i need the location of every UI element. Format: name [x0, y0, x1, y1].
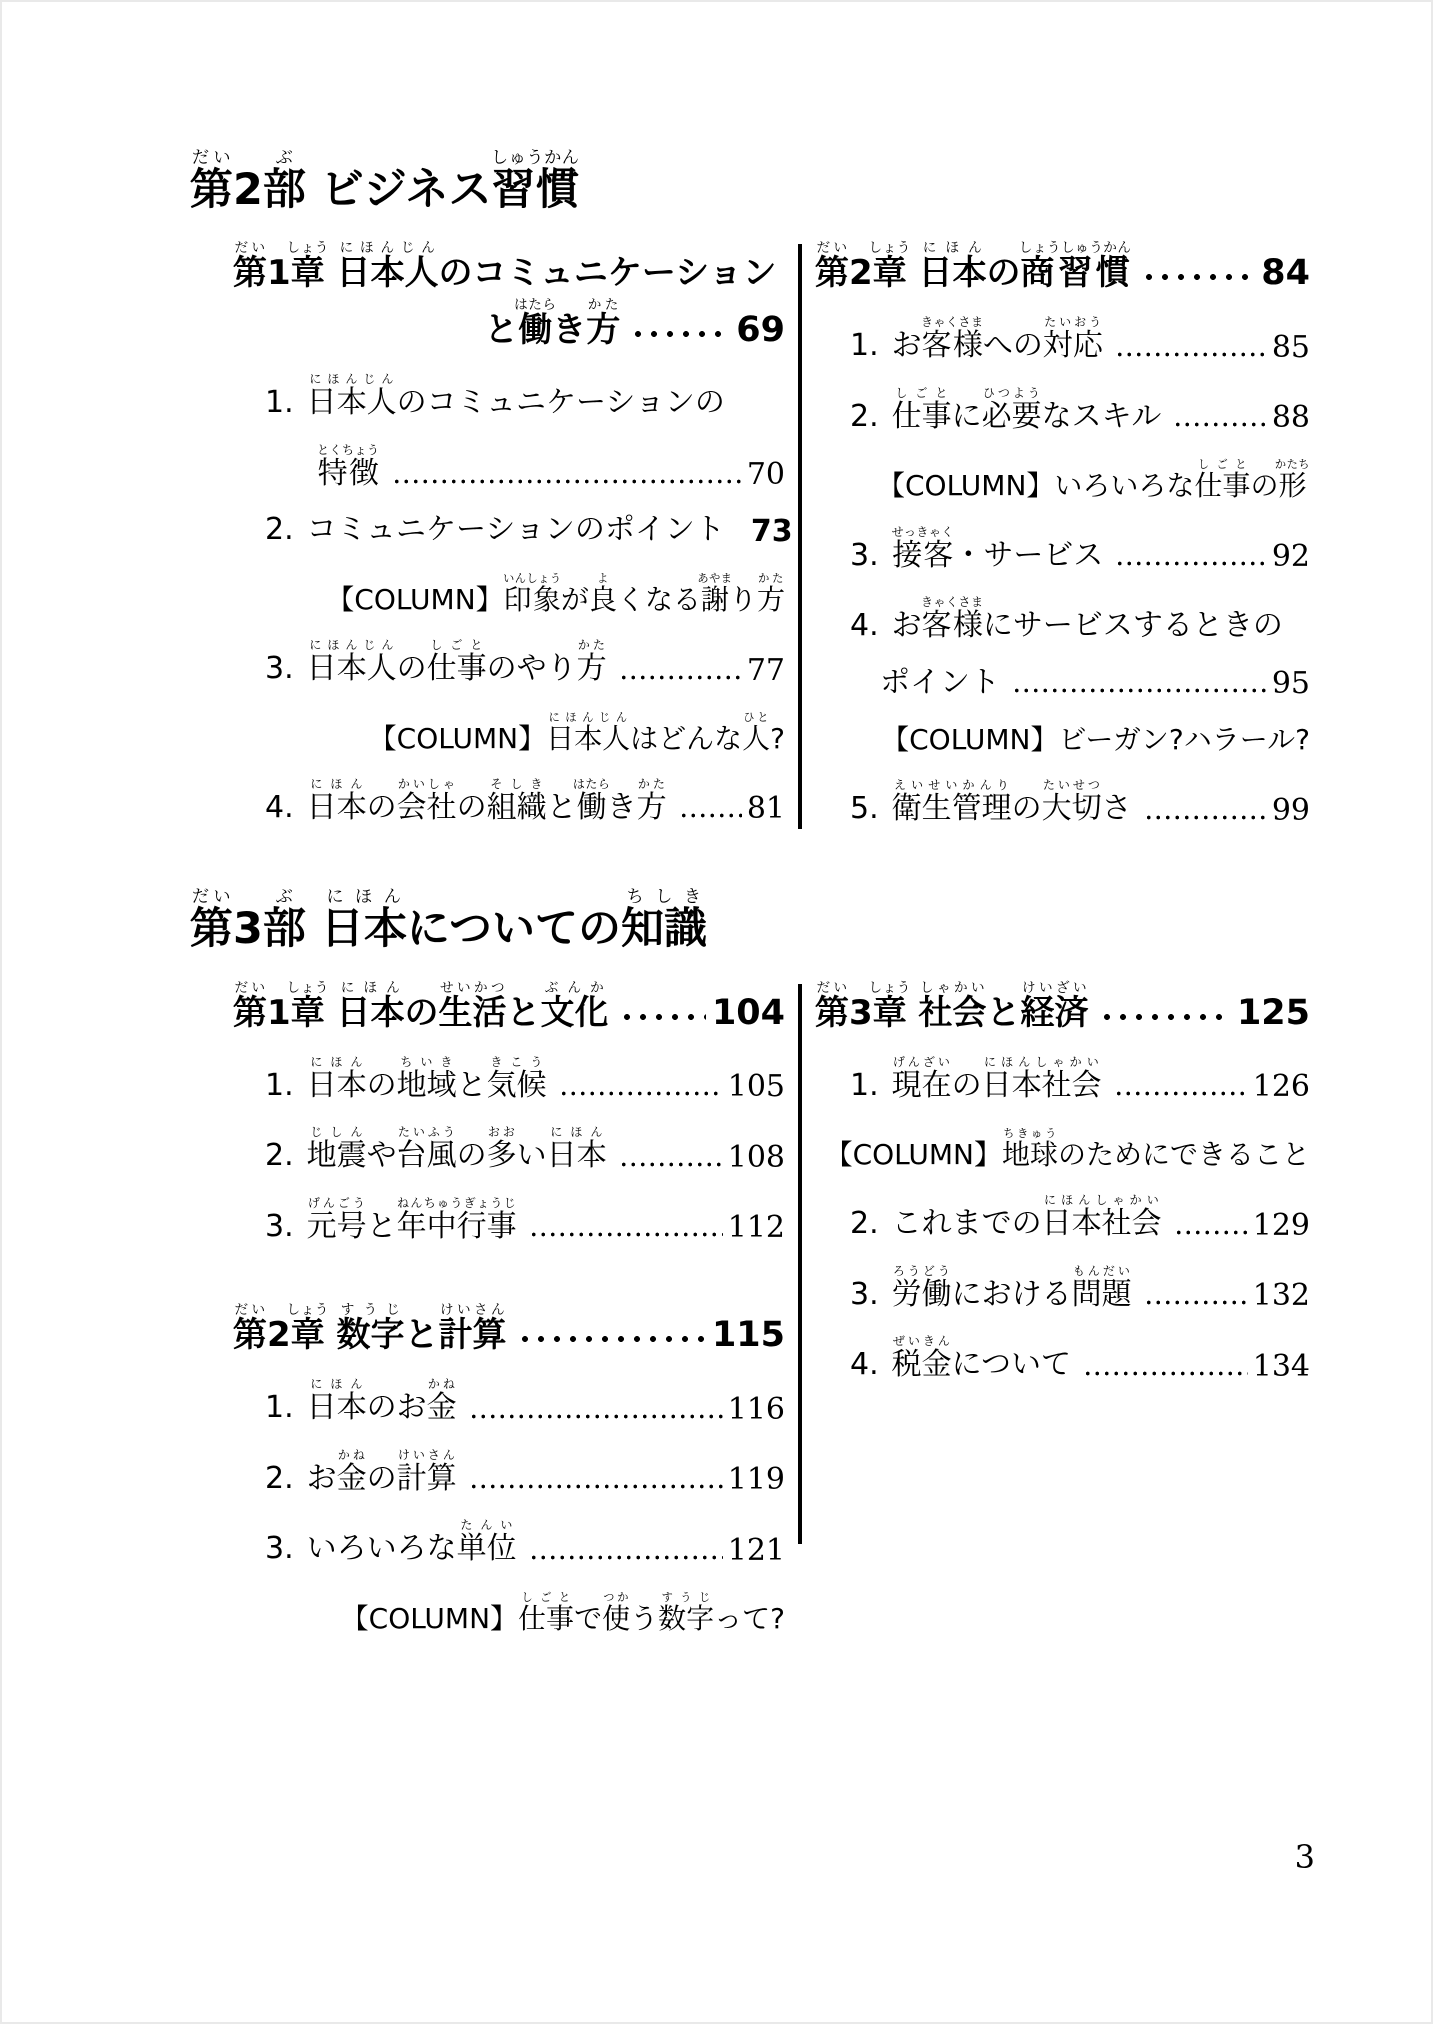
toc-page: 第だい2部ぶ ビジネス習慣しゅうかん 第だい1章しょう 日本人にほんじんのコミュ… — [0, 0, 1433, 2024]
entry-page-number: 108 — [728, 1143, 785, 1174]
chapter-title-text: 第だい3章しょう 社会しゃかいと経済けいざい — [815, 980, 1089, 1033]
toc-entry: 5. 衛生管理えいせいかんりの大切たいせつさ 99 — [850, 778, 1310, 827]
chapter-title-text: 第だい2章しょう 数字すうじと計算けいさん — [233, 1302, 507, 1355]
toc-entry-continuation: 特徴とくちょう 70 — [317, 443, 785, 492]
dot-leader — [1012, 688, 1267, 693]
column-divider — [798, 984, 802, 1544]
entry-title: お客様きゃくさまにサービスするときの — [892, 595, 1283, 644]
entry-number: 3. — [850, 539, 879, 574]
section-part2: 第だい1章しょう 日本人にほんじんのコミュニケーション と働はたらき方かた 69… — [190, 240, 1310, 829]
chapter-heading: 第だい1章しょう 日本人にほんじんのコミュニケーション と働はたらき方かた 69 — [233, 240, 785, 350]
entry-title: 特徴とくちょう — [317, 443, 380, 492]
chapter-title-text: 第だい2章しょう 日本にほんの商習慣しょうしゅうかん — [815, 240, 1131, 293]
entry-page-number: 70 — [747, 460, 785, 491]
column-note-text: 【COLUMN】印象いんしょうが良よくなる謝あやまり方かた — [326, 572, 785, 616]
dot-leader — [630, 330, 730, 338]
entry-page-number: 95 — [1272, 669, 1310, 700]
entry-number: 3. — [265, 652, 294, 687]
dot-leader — [1114, 1091, 1248, 1096]
entry-title: 日本にほんの会社かいしゃの組織そしきと働はたらき方かた — [307, 777, 667, 826]
dot-leader — [1115, 561, 1266, 566]
chapter-title-text: と働はたらき方かた — [484, 297, 620, 350]
chapter-title-line1: 第だい1章しょう 日本人にほんじんのコミュニケーション — [233, 240, 785, 293]
entry-number: 1. — [850, 1069, 879, 1104]
column-note-text: 【COLUMN】仕事しごとで使つかう数字すうじって? — [341, 1591, 785, 1635]
dot-leader — [1174, 1230, 1248, 1235]
toc-content: 第だい2部ぶ ビジネス習慣しゅうかん 第だい1章しょう 日本人にほんじんのコミュ… — [0, 0, 1433, 1635]
column-divider — [798, 244, 802, 829]
entry-page-number: 129 — [1253, 1211, 1310, 1242]
dot-leader — [529, 1232, 723, 1237]
chapter-heading: 第だい3章しょう 社会しゃかいと経済けいざい 125 — [815, 980, 1310, 1033]
entry-number: 1. — [265, 1069, 294, 1104]
entry-title: お金かねの計算けいさん — [307, 1448, 457, 1497]
dot-leader — [392, 479, 742, 484]
entry-number: 4. — [850, 609, 879, 644]
toc-entry: 2. 地震じしんや台風たいふうの多おおい日本にほん 108 — [265, 1125, 785, 1174]
entry-title: ポイント — [880, 666, 1000, 701]
entry-title: お客様きゃくさまへの対応たいおう — [892, 315, 1103, 364]
toc-entry-continuation: ポイント 95 — [880, 666, 1310, 701]
entry-title: コミュニケーションのポイント — [307, 513, 725, 548]
entry-title: 仕事しごとに必要ひつようなスキル — [892, 386, 1162, 435]
dot-leader — [1144, 1300, 1248, 1305]
chapter-page-number: 84 — [1261, 256, 1310, 293]
chapter-heading: 第だい1章しょう 日本にほんの生活せいかつと文化ぶんか 104 — [233, 980, 785, 1033]
chapter-page-number: 125 — [1237, 996, 1310, 1033]
toc-entry: 3. いろいろな単位たんい 121 — [265, 1518, 785, 1567]
column-note-text: 【COLUMN】地球ちきゅうのためにできること — [825, 1127, 1310, 1171]
entry-title: これまでの日本社会にほんしゃかい — [892, 1193, 1162, 1242]
entry-number: 4. — [265, 791, 294, 826]
dot-leader — [1099, 1013, 1231, 1021]
toc-entry: 2. コミュニケーションのポイント 73 — [265, 513, 785, 548]
entry-page-number: 119 — [728, 1465, 785, 1496]
chapter-title-text: 第だい1章しょう 日本人にほんじんのコミュニケーション — [233, 253, 776, 293]
dot-leader — [619, 1013, 706, 1021]
toc-column-right: 第だい3章しょう 社会しゃかいと経済けいざい 125 1. 現在げんざいの日本社… — [815, 980, 1310, 1383]
entry-page-number: 105 — [728, 1072, 785, 1103]
dot-leader — [1115, 352, 1267, 357]
chapter-page-number: 69 — [736, 313, 785, 350]
dot-leader — [1083, 1371, 1248, 1376]
toc-entry: 2. これまでの日本社会にほんしゃかい 129 — [850, 1193, 1310, 1242]
entry-page-number: 73 — [751, 517, 793, 548]
dot-leader — [469, 1414, 723, 1419]
entry-title: 地震じしんや台風たいふうの多おおい日本にほん — [307, 1125, 607, 1174]
dot-leader — [1144, 815, 1267, 820]
toc-column-left: 第だい1章しょう 日本人にほんじんのコミュニケーション と働はたらき方かた 69… — [190, 240, 785, 825]
dot-leader — [529, 1555, 723, 1560]
chapter-heading: 第だい2章しょう 数字すうじと計算けいさん 115 — [233, 1302, 785, 1355]
toc-entry: 1. 日本人にほんじんのコミュニケーションの — [265, 372, 785, 421]
entry-title: 元号げんごうと年中行事ねんちゅうぎょうじ — [307, 1196, 517, 1245]
column-note-text: 【COLUMN】いろいろな仕事しごとの形かたち — [877, 458, 1310, 502]
toc-column-right: 第だい2章しょう 日本にほんの商習慣しょうしゅうかん 84 1. お客様きゃくさ… — [815, 240, 1310, 826]
chapter-heading: 第だい2章しょう 日本にほんの商習慣しょうしゅうかん 84 — [815, 240, 1310, 293]
entry-title: 現在げんざいの日本社会にほんしゃかい — [892, 1055, 1102, 1104]
toc-entry: 4. 税金ぜいきんについて 134 — [850, 1334, 1310, 1383]
chapter-title-text: 第だい1章しょう 日本にほんの生活せいかつと文化ぶんか — [233, 980, 609, 1033]
entry-number: 2. — [265, 1462, 294, 1497]
chapter-page-number: 115 — [712, 1318, 785, 1355]
entry-page-number: 126 — [1253, 1072, 1310, 1103]
toc-entry: 3. 労働ろうどうにおける問題もんだい 132 — [850, 1264, 1310, 1313]
column-note: 【COLUMN】ビーガン?ハラール? — [815, 724, 1310, 756]
entry-number: 1. — [265, 1391, 294, 1426]
dot-leader — [1141, 273, 1255, 281]
page-number: 3 — [1295, 1838, 1315, 1876]
entry-title: 日本にほんのお金かね — [307, 1377, 457, 1426]
toc-entry: 4. お客様きゃくさまにサービスするときの — [850, 595, 1310, 644]
toc-entry: 3. 接客せっきゃく・サービス 92 — [850, 525, 1310, 574]
column-note: 【COLUMN】日本人にほんじんはどんな人ひと? — [190, 711, 785, 755]
entry-page-number: 81 — [747, 794, 785, 825]
chapter-title-line2: と働はたらき方かた 69 — [233, 297, 785, 350]
entry-page-number: 77 — [747, 656, 785, 687]
column-note: 【COLUMN】印象いんしょうが良よくなる謝あやまり方かた — [190, 572, 785, 616]
entry-page-number: 134 — [1253, 1352, 1310, 1383]
toc-entry: 1. 日本にほんのお金かね 116 — [265, 1377, 785, 1426]
toc-column-left: 第だい1章しょう 日本にほんの生活せいかつと文化ぶんか 104 1. 日本にほん… — [190, 980, 785, 1635]
entry-title: 接客せっきゃく・サービス — [892, 525, 1104, 574]
entry-page-number: 99 — [1272, 796, 1310, 827]
entry-title: 労働ろうどうにおける問題もんだい — [892, 1264, 1132, 1313]
section-part3: 第だい1章しょう 日本にほんの生活せいかつと文化ぶんか 104 1. 日本にほん… — [190, 980, 1310, 1635]
dot-leader — [559, 1091, 723, 1096]
entry-page-number: 132 — [1253, 1281, 1310, 1312]
entry-title: 日本人にほんじんのコミュニケーションの — [307, 372, 725, 421]
entry-page-number: 116 — [728, 1395, 785, 1426]
entry-title: 衛生管理えいせいかんりの大切たいせつさ — [892, 778, 1132, 827]
part-title: 第だい3部ぶ 日本にほんについての知識ちしき — [190, 887, 1310, 953]
entry-page-number: 121 — [728, 1536, 785, 1567]
column-note: 【COLUMN】地球ちきゅうのためにできること — [815, 1127, 1310, 1171]
entry-number: 3. — [265, 1532, 294, 1567]
entry-number: 2. — [850, 1207, 879, 1242]
part-title-text: 第だい2部ぶ ビジネス習慣しゅうかん — [190, 165, 579, 215]
entry-page-number: 85 — [1272, 333, 1310, 364]
entry-title: 税金ぜいきんについて — [892, 1334, 1071, 1383]
toc-entry: 4. 日本にほんの会社かいしゃの組織そしきと働はたらき方かた 81 — [265, 777, 785, 826]
chapter-page-number: 104 — [712, 996, 785, 1033]
column-note: 【COLUMN】仕事しごとで使つかう数字すうじって? — [190, 1591, 785, 1635]
entry-page-number: 112 — [728, 1213, 785, 1244]
dot-leader — [469, 1484, 723, 1489]
dot-leader — [1173, 422, 1266, 427]
toc-entry: 1. お客様きゃくさまへの対応たいおう 85 — [850, 315, 1310, 364]
toc-entry: 1. 現在げんざいの日本社会にほんしゃかい 126 — [850, 1055, 1310, 1104]
toc-entry: 2. 仕事しごとに必要ひつようなスキル 88 — [850, 386, 1310, 435]
dot-leader — [619, 675, 742, 680]
entry-number: 2. — [265, 1139, 294, 1174]
entry-title: いろいろな単位たんい — [307, 1518, 517, 1567]
entry-number: 5. — [850, 792, 879, 827]
entry-title: 日本にほんの地域ちいきと気候きこう — [307, 1055, 547, 1104]
toc-entry: 3. 元号げんごうと年中行事ねんちゅうぎょうじ 112 — [265, 1196, 785, 1245]
dot-leader — [619, 1162, 723, 1167]
entry-page-number: 88 — [1272, 403, 1310, 434]
entry-number: 4. — [850, 1348, 879, 1383]
entry-number: 2. — [850, 400, 879, 435]
toc-entry: 3. 日本人にほんじんの仕事しごとのやり方かた 77 — [265, 638, 785, 687]
toc-entry: 1. 日本にほんの地域ちいきと気候きこう 105 — [265, 1055, 785, 1104]
dot-leader — [679, 813, 742, 818]
entry-number: 3. — [850, 1278, 879, 1313]
dot-leader — [517, 1335, 706, 1343]
part-title: 第だい2部ぶ ビジネス習慣しゅうかん — [190, 148, 1310, 214]
column-note-text: 【COLUMN】ビーガン?ハラール? — [881, 724, 1310, 756]
column-note: 【COLUMN】いろいろな仕事しごとの形かたち — [815, 458, 1310, 502]
entry-number: 1. — [850, 329, 879, 364]
part-title-text: 第だい3部ぶ 日本にほんについての知識ちしき — [190, 904, 707, 954]
column-note-text: 【COLUMN】日本人にほんじんはどんな人ひと? — [369, 711, 785, 755]
entry-title: 日本人にほんじんの仕事しごとのやり方かた — [307, 638, 607, 687]
entry-number: 1. — [265, 386, 294, 421]
toc-entry: 2. お金かねの計算けいさん 119 — [265, 1448, 785, 1497]
entry-number: 2. — [265, 513, 294, 548]
entry-number: 3. — [265, 1210, 294, 1245]
entry-page-number: 92 — [1272, 542, 1310, 573]
